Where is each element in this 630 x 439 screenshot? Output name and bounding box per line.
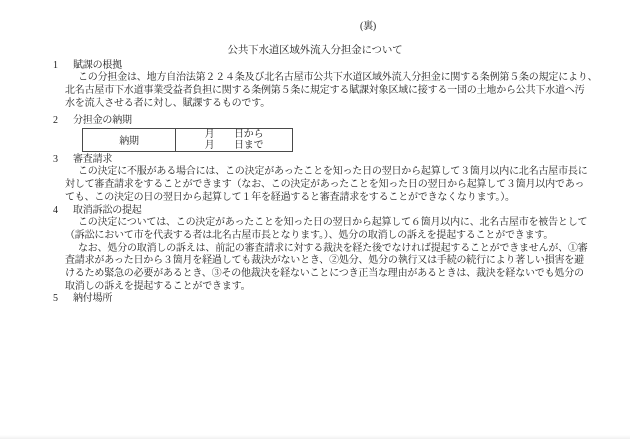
period-from-blank: 月 日から	[176, 129, 292, 140]
section-3-title: 審査請求	[73, 154, 112, 165]
section-1-number: 1	[53, 60, 73, 73]
section-4-heading: 4取消訴訟の提起	[0, 205, 630, 218]
section-revocation-suit: 4取消訴訟の提起 この決定については、この決定があったことを知った日の翌日から起…	[0, 205, 630, 294]
period-table-value-cell: 月 日から 月 日まで	[176, 129, 292, 151]
section-payment-place: 5納付場所	[0, 293, 630, 306]
period-to-blank: 月 日まで	[176, 140, 292, 151]
paragraph-line: 取消しの訴えを提起することができます。	[0, 281, 630, 294]
section-2-title: 分担金の納期	[73, 115, 132, 126]
section-4-title: 取消訴訟の提起	[73, 205, 142, 216]
section-examination-request: 3審査請求 この決定に不服がある場合には、この決定があったことを知った日の翌日か…	[0, 154, 630, 205]
section-3-heading: 3審査請求	[0, 154, 630, 167]
section-5-number: 5	[53, 293, 73, 306]
paragraph-line: この分担金は、地方自治法第２２４条及び北名古屋市公共下水道区域外流入分担金に関す…	[0, 72, 630, 85]
paragraph-line: 北名古屋市下水道事業受益者負担に関する条例第５条に規定する賦課対象区域に接する一…	[0, 85, 630, 98]
paragraph-line: この決定については、この決定があったことを知った日の翌日から起算して６箇月以内に…	[0, 217, 630, 230]
scan-edge-shadow	[0, 435, 630, 439]
section-2-heading: 2分担金の納期	[0, 115, 630, 128]
period-table-header-cell: 納期	[83, 129, 176, 151]
section-4-number: 4	[53, 205, 73, 218]
section-5-title: 納付場所	[73, 293, 112, 304]
section-3-number: 3	[53, 154, 73, 167]
paragraph-line: 水を流入させる者に対し、賦課するものです。	[0, 98, 630, 111]
paragraph-line: 査請求があった日から３箇月を経過しても裁決がないとき、②処分、処分の執行又は手続…	[0, 255, 630, 268]
page-side-label: (裏)	[0, 0, 630, 32]
document-page: (裏) 公共下水道区域外流入分担金について 1賦課の根拠 この分担金は、地方自治…	[0, 0, 630, 439]
paragraph-line: ても、この決定の日の翌日から起算して１年を経過すると審査請求をすることができなく…	[0, 192, 630, 205]
page-title: 公共下水道区域外流入分担金について	[0, 45, 630, 58]
paragraph-line: 対して審査請求をすることができます（なお、この決定があったことを知った日の翌日か…	[0, 179, 630, 192]
period-table-header-label: 納期	[119, 132, 139, 147]
paragraph-line: この決定に不服がある場合には、この決定があったことを知った日の翌日から起算して３…	[0, 166, 630, 179]
section-1-heading: 1賦課の根拠	[0, 60, 630, 73]
section-1-title: 賦課の根拠	[73, 60, 122, 71]
paragraph-line: けるため緊急の必要があるとき、③その他裁決を経ないことにつき正当な理由があるとき…	[0, 268, 630, 281]
section-levy-basis: 1賦課の根拠 この分担金は、地方自治法第２２４条及び北名古屋市公共下水道区域外流…	[0, 60, 630, 111]
payment-period-table: 納期 月 日から 月 日まで	[82, 128, 293, 152]
section-5-heading: 5納付場所	[0, 293, 630, 306]
section-payment-deadline: 2分担金の納期 納期 月 日から 月 日まで	[0, 115, 630, 152]
section-2-number: 2	[53, 115, 73, 128]
paragraph-line: なお、処分の取消しの訴えは、前記の審査請求に対する裁決を経た後でなければ提起する…	[0, 243, 630, 256]
paragraph-line: （訴訟において市を代表する者は北名古屋市長となります。）、処分の取消しの訴えを提…	[0, 230, 630, 243]
